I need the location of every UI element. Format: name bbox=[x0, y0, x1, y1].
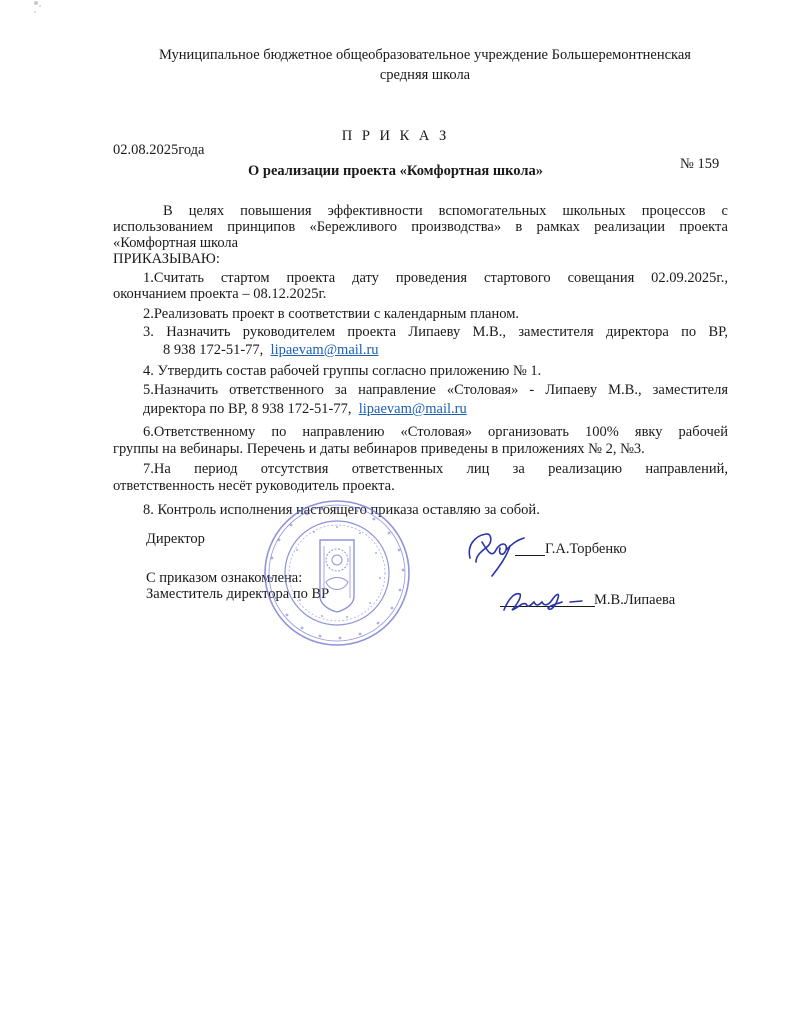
preamble-line1: В целях повышения эффективности вспомога… bbox=[113, 203, 728, 219]
item-3-line1: 3. Назначить руководителем проекта Липае… bbox=[113, 324, 728, 340]
item-5-line1: 5.Назначить ответственного за направлени… bbox=[113, 382, 728, 398]
item-3-line2: 8 938 172-51-77, lipaevam@mail.ru bbox=[113, 342, 728, 358]
order-date: 02.08.2025года bbox=[113, 142, 204, 159]
item-4: 4. Утвердить состав рабочей группы согла… bbox=[113, 363, 728, 379]
email-link[interactable]: lipaevam@mail.ru bbox=[359, 401, 467, 417]
deputy-name: М.В.Липаева bbox=[594, 592, 675, 609]
order-subject: О реализации проекта «Комфортная школа» bbox=[0, 163, 791, 180]
preamble-line3: «Комфортная школа bbox=[113, 235, 728, 251]
organization-name-line1: Муниципальное бюджетное общеобразователь… bbox=[100, 45, 750, 65]
director-name: Г.А.Торбенко bbox=[545, 541, 627, 558]
preamble-line2: использованием принципов «Бережливого пр… bbox=[113, 219, 728, 235]
item-7-line1: 7.На период отсутствия ответственных лиц… bbox=[113, 461, 728, 477]
item-1-line1: 1.Считать стартом проекта дату проведени… bbox=[113, 270, 728, 286]
director-signature-icon bbox=[462, 528, 532, 580]
school-stamp-icon bbox=[262, 498, 412, 648]
item-5-line2: директора по ВР, 8 938 172-51-77, lipaev… bbox=[113, 401, 728, 417]
command-word: ПРИКАЗЫВАЮ: bbox=[113, 251, 728, 267]
item-7-line2: ответственность несёт руководитель проек… bbox=[113, 478, 728, 494]
deputy-signature-icon bbox=[498, 588, 593, 616]
item-8: 8. Контроль исполнения настоящего приказ… bbox=[113, 502, 728, 518]
item-6-line1: 6.Ответственному по направлению «Столова… bbox=[113, 424, 728, 440]
organization-name-line2: средняя школа bbox=[100, 65, 750, 85]
scan-speck-icon bbox=[30, 0, 50, 20]
email-link[interactable]: lipaevam@mail.ru bbox=[271, 342, 379, 358]
item-6-line2: группы на вебинары. Перечень и даты веби… bbox=[113, 441, 728, 457]
organization-header: Муниципальное бюджетное общеобразователь… bbox=[100, 45, 750, 85]
item-2: 2.Реализовать проект в соответствии с ка… bbox=[113, 306, 728, 322]
director-label: Директор bbox=[146, 531, 205, 548]
item-1-line2: окончанием проекта – 08.12.2025г. bbox=[113, 286, 728, 302]
